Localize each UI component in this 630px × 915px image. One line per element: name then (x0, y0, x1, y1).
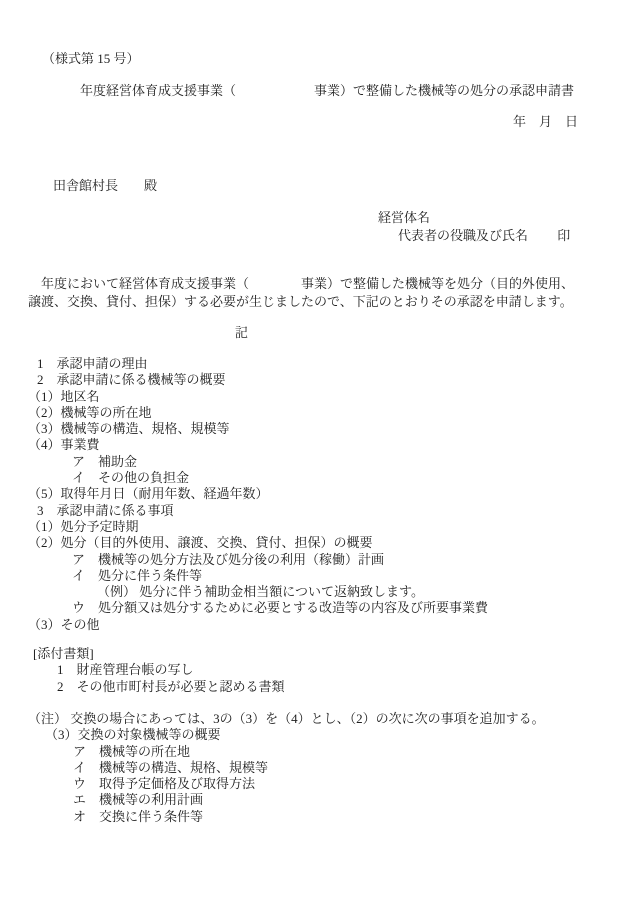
addressee: 田舎館村長 殿 (0, 177, 630, 195)
list-line: （2）機械等の所在地 (0, 405, 630, 421)
list-line: ア 補助金 (0, 454, 630, 470)
attachment-item: 1 財産管理台帳の写し (0, 662, 630, 678)
attachments-section: [添付書類] 1 財産管理台帳の写し 2 その他市町村長が必要と認める書類 (0, 646, 630, 695)
note-line: ア 機械等の所在地 (0, 744, 630, 760)
list-line: （5）取得年月日（耐用年数、経過年数） (0, 486, 630, 502)
list-line: （1）処分予定時期 (0, 519, 630, 535)
list-line: （4）事業費 (0, 437, 630, 453)
list-line: イ その他の負担金 (0, 470, 630, 486)
attachments-header: [添付書類] (0, 646, 630, 662)
list-line: （3）機械等の構造、規格、規模等 (0, 421, 630, 437)
ki-marker: 記 (0, 324, 630, 342)
document-title: 年度経営体育成支援事業（ 事業）で整備した機械等の処分の承認申請書 (0, 82, 630, 100)
document-page: （様式第 15 号） 年度経営体育成支援事業（ 事業）で整備した機械等の処分の承… (0, 0, 630, 915)
body-paragraph: 年度において経営体育成支援事業（ 事業）で整備した機械等を処分（目的外使用、 譲… (0, 275, 630, 311)
note-lead: （注） 交換の場合にあっては、3の（3）を（4）とし、（2）の次に次の事項を追加… (0, 711, 630, 727)
note-line: エ 機械等の利用計画 (0, 792, 630, 808)
list-line: 1 承認申請の理由 (0, 356, 630, 372)
list-line: （例） 処分に伴う補助金相当額について返納致します。 (0, 584, 630, 600)
body-paragraph-line-2: 譲渡、交換、貸付、担保）する必要が生じましたので、下記のとおりその承認を申請しま… (0, 293, 630, 311)
entity-name-label: 経営体名 (0, 209, 630, 227)
list-line: ウ 処分額又は処分するために必要とする改造等の内容及び所要事業費 (0, 600, 630, 616)
list-line: 3 承認申請に係る事項 (0, 503, 630, 519)
date-line: 年 月 日 (0, 113, 630, 131)
list-line: イ 処分に伴う条件等 (0, 568, 630, 584)
list-line: ア 機械等の処分方法及び処分後の利用（稼働）計画 (0, 552, 630, 568)
note-line: （3）交換の対象機械等の概要 (0, 727, 630, 743)
note-line: ウ 取得予定価格及び取得方法 (0, 776, 630, 792)
note-line: オ 交換に伴う条件等 (0, 809, 630, 825)
main-list: 1 承認申請の理由 2 承認申請に係る機械等の概要 （1）地区名 （2）機械等の… (0, 356, 630, 633)
note-section: （注） 交換の場合にあっては、3の（3）を（4）とし、（2）の次に次の事項を追加… (0, 711, 630, 825)
list-line: （3）その他 (0, 617, 630, 633)
form-number: （様式第 15 号） (0, 50, 630, 68)
note-line: イ 機械等の構造、規格、規模等 (0, 760, 630, 776)
body-paragraph-line-1: 年度において経営体育成支援事業（ 事業）で整備した機械等を処分（目的外使用、 (0, 275, 630, 293)
attachment-item: 2 その他市町村長が必要と認める書類 (0, 679, 630, 695)
representative-label: 代表者の役職及び氏名 印 (0, 227, 630, 245)
list-line: （2）処分（目的外使用、譲渡、交換、貸付、担保）の概要 (0, 535, 630, 551)
list-line: 2 承認申請に係る機械等の概要 (0, 372, 630, 388)
list-line: （1）地区名 (0, 389, 630, 405)
